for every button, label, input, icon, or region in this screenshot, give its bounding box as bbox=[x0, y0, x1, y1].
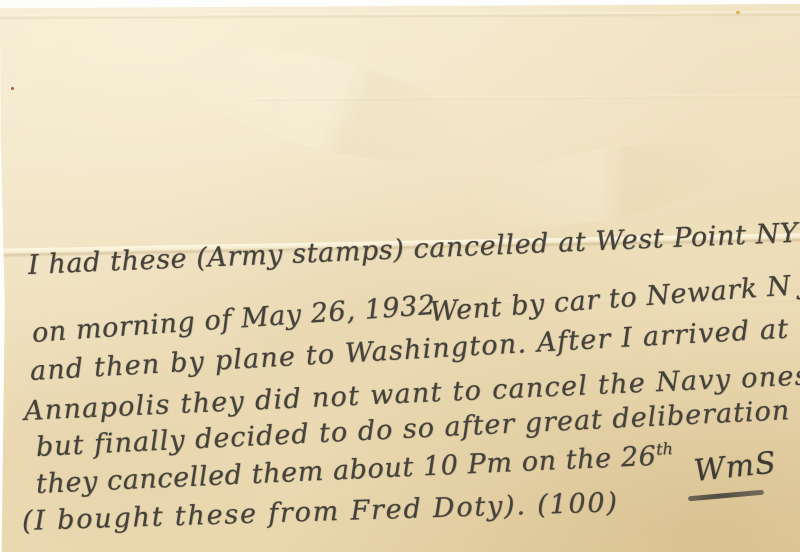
ordinal-superscript: th bbox=[656, 439, 674, 459]
paper-speck bbox=[11, 87, 14, 90]
fold-crease-faint-upper bbox=[250, 94, 800, 102]
scan-background: I had these (Army stamps) cancelled at W… bbox=[0, 0, 800, 552]
paper-wrinkle bbox=[174, 25, 487, 185]
paper-speck bbox=[736, 11, 740, 14]
signature-initials: WmS bbox=[692, 445, 778, 488]
handwriting-line-1: I had these (Army stamps) cancelled at W… bbox=[27, 218, 799, 281]
signature-underline bbox=[688, 490, 764, 502]
letter-paper: I had these (Army stamps) cancelled at W… bbox=[0, 0, 800, 552]
fold-crease-top bbox=[0, 11, 800, 20]
